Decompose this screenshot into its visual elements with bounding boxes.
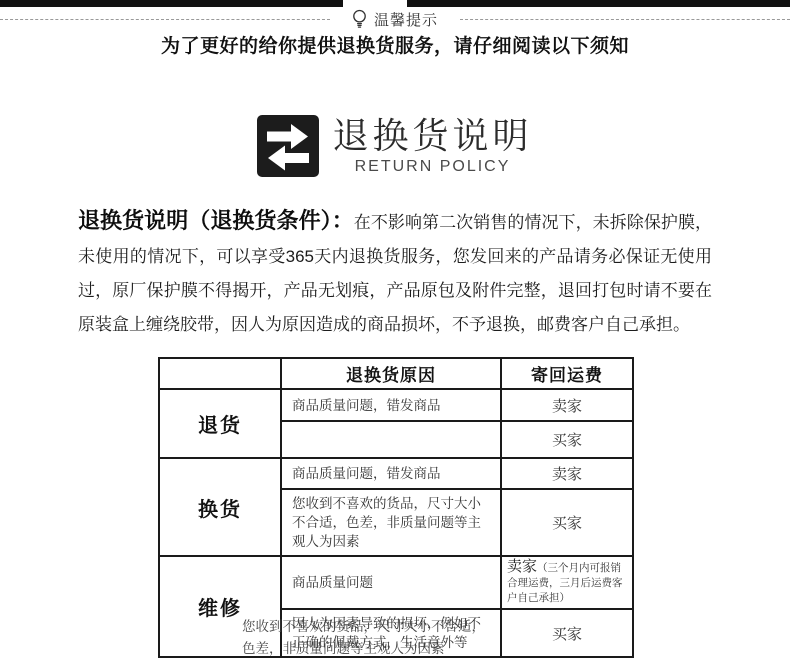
banner-subtitle-en: RETURN POLICY	[355, 158, 511, 176]
reason-cell: 商品质量问题，错发商品	[281, 458, 501, 489]
reason-cell: 商品质量问题	[281, 556, 501, 609]
table-header-row: 退换货原因 寄回运费	[159, 358, 633, 389]
reason-cell: 商品质量问题，错发商品	[281, 389, 501, 421]
policy-paragraph: 退换货说明（退换货条件）：在不影响第二次销售的情况下，未拆除保护膜，未使用的情况…	[78, 204, 712, 342]
return-policy-banner: 退换货说明 RETURN POLICY	[0, 115, 790, 177]
category-return: 退货	[159, 389, 281, 458]
swap-arrows-icon	[257, 115, 319, 177]
shipping-cell: 买家	[501, 609, 633, 657]
top-black-bar-right	[407, 0, 790, 7]
tips-header-row: 温馨提示	[0, 8, 790, 30]
return-policy-table: 退换货原因 寄回运费 退货 商品质量问题，错发商品 卖家 买家 换货 商品质量问…	[158, 357, 634, 658]
header-shipping: 寄回运费	[501, 358, 633, 389]
shipping-cell: 卖家（三个月内可报销合理运费，三月后运费客户自己承担）	[501, 556, 633, 609]
tips-title: 温馨提示	[374, 9, 438, 30]
banner-title: 退换货说明	[332, 116, 532, 156]
banner-text-block: 退换货说明 RETURN POLICY	[332, 116, 532, 176]
shipping-cell: 买家	[501, 489, 633, 556]
tips-title-block: 温馨提示	[330, 9, 460, 30]
lightbulb-icon	[352, 9, 367, 29]
footnote-line-1: 您收到不喜欢的货品，尺寸大小不合适，	[242, 616, 485, 638]
header-reason: 退换货原因	[281, 358, 501, 389]
dashed-line-right	[460, 19, 790, 20]
shipping-cell: 卖家	[501, 458, 633, 489]
footnote-line-2: 色差，非质量问题等主观人为因素	[242, 638, 485, 660]
shipping-party: 卖家	[507, 558, 537, 575]
notice-subtitle: 为了更好的给你提供退换货服务，请仔细阅读以下须知	[0, 31, 790, 58]
reason-cell	[281, 421, 501, 458]
header-category	[159, 358, 281, 389]
top-black-bar-left	[0, 0, 343, 7]
dashed-line-left	[0, 19, 330, 20]
shipping-cell: 买家	[501, 421, 633, 458]
policy-lead: 退换货说明（退换货条件）：	[78, 208, 354, 233]
reason-cell: 您收到不喜欢的货品，尺寸大小不合适，色差，非质量问题等主观人为因素	[281, 489, 501, 556]
return-policy-table-wrap: 退换货原因 寄回运费 退货 商品质量问题，错发商品 卖家 买家 换货 商品质量问…	[158, 357, 634, 658]
table-row: 换货 商品质量问题，错发商品 卖家	[159, 458, 633, 489]
table-footnote: 您收到不喜欢的货品，尺寸大小不合适， 色差，非质量问题等主观人为因素	[242, 616, 485, 660]
table-row: 维修 商品质量问题 卖家（三个月内可报销合理运费，三月后运费客户自己承担）	[159, 556, 633, 609]
table-row: 退货 商品质量问题，错发商品 卖家	[159, 389, 633, 421]
category-exchange: 换货	[159, 458, 281, 556]
shipping-cell: 卖家	[501, 389, 633, 421]
